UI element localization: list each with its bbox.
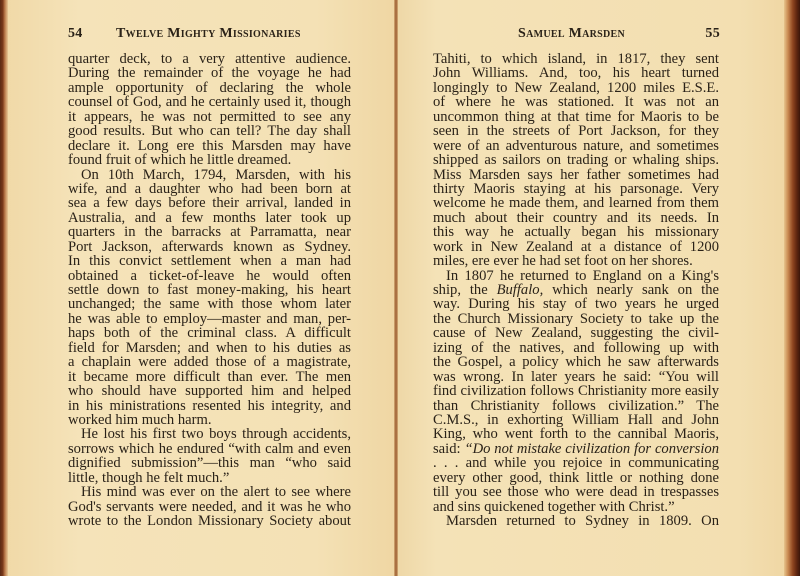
- text-line: way. During his stay of two years he urg…: [433, 297, 719, 311]
- text-line: little, though he felt much.”: [68, 471, 351, 485]
- text-line: wrote to the London Missionary Society a…: [68, 514, 351, 528]
- text-line: work in New Zealand at a distance of 120…: [433, 240, 719, 254]
- text-line: John Williams. And, too, his heart turne…: [433, 66, 719, 80]
- text-line: Tahiti, to which island, in 1817, they s…: [433, 52, 719, 66]
- text-line: found fruit of which he little dreamed.: [68, 153, 351, 167]
- text-line: much about their country and its needs. …: [433, 211, 719, 225]
- text-line: King, who went forth to the cannibal Mao…: [433, 427, 719, 441]
- text-line: it became more difficult than ever. The …: [68, 370, 351, 384]
- text-line: Port Jackson, afterwards known as Sydney…: [68, 240, 351, 254]
- text-line: in his ministrations resented his integr…: [68, 399, 351, 413]
- text-line: he was able to employ—master and man, pe…: [68, 312, 351, 326]
- text-line: sorrows which he endured “with calm and …: [68, 442, 351, 456]
- left-page-header: 54 Twelve Mighty Missionaries: [68, 26, 351, 44]
- text-line: of where he was stationed. It was not an: [433, 95, 719, 109]
- text-line: was wrong. In later years he said: “You …: [433, 370, 719, 384]
- book-cover-edge-left: [0, 0, 8, 576]
- text-line: settle down to fast money-making, his he…: [68, 283, 351, 297]
- text-line: cause of New Zealand, suggesting the civ…: [433, 326, 719, 340]
- text-line: His mind was ever on the alert to see wh…: [68, 485, 351, 499]
- text-line: said: “Do not mistake civilization for c…: [433, 442, 719, 456]
- book-gutter: [394, 0, 398, 576]
- text-line: till you see those who were dead in tres…: [433, 485, 719, 499]
- text-line: izing of the natives, and following up w…: [433, 341, 719, 355]
- text-line: In 1807 he returned to England on a King…: [433, 269, 719, 283]
- text-line: God's servants were needed, and it was h…: [68, 500, 351, 514]
- book-spread: 54 Twelve Mighty Missionaries quarter de…: [0, 0, 800, 576]
- text-line: a chaplain were added those of a magistr…: [68, 355, 351, 369]
- text-line: quarter deck, to a very attentive audien…: [68, 52, 351, 66]
- book-cover-edge-right: [784, 0, 800, 576]
- text-line: and sins quickened together with Christ.…: [433, 500, 719, 514]
- text-line: ample opportunity of declaring the whole: [68, 81, 351, 95]
- text-line: longingly to New Zealand, 1200 miles E.S…: [433, 81, 719, 95]
- right-page: Samuel Marsden 55 Tahiti, to which islan…: [396, 0, 800, 576]
- text-line: thirty Maoris staying at his parsonage. …: [433, 182, 719, 196]
- text-line: counsel of God, and he certainly used it…: [68, 95, 351, 109]
- text-line: On 10th March, 1794, Marsden, with his: [68, 168, 351, 182]
- text-line: every other good, think little or nothin…: [433, 471, 719, 485]
- text-line: who should have supported him and helped: [68, 384, 351, 398]
- text-line: good results. But who can tell? The day …: [68, 124, 351, 138]
- text-line: dignified submission”—this man “who said: [68, 456, 351, 470]
- text-line: the Gospel, a policy which he saw afterw…: [433, 355, 719, 369]
- text-line: find civilization follows Christianity m…: [433, 384, 719, 398]
- left-page-body: quarter deck, to a very attentive audien…: [68, 52, 351, 528]
- text-line: field for Marsden; and when to his dutie…: [68, 341, 351, 355]
- right-page-body: Tahiti, to which island, in 1817, they s…: [433, 52, 719, 528]
- text-line: . . . and while you rejoice in communica…: [433, 456, 719, 470]
- text-line: C.M.S., in exhorting William Hall and Jo…: [433, 413, 719, 427]
- text-line: uncommon thing at that time for Maoris t…: [433, 110, 719, 124]
- text-line: unchanged; the same with those whom late…: [68, 297, 351, 311]
- page-number: 54: [68, 26, 83, 42]
- text-line: it appears, he was not permitted to see …: [68, 110, 351, 124]
- left-page: 54 Twelve Mighty Missionaries quarter de…: [0, 0, 396, 576]
- text-line: welcome he made them, and learned from t…: [433, 196, 719, 210]
- running-title: Twelve Mighty Missionaries: [116, 26, 301, 42]
- text-line: Marsden returned to Sydney in 1809. On: [433, 514, 719, 528]
- text-line: haps both of the criminal class. A diffi…: [68, 326, 351, 340]
- text-line: worked him much harm.: [68, 413, 351, 427]
- text-line: Australia, and a few months later took u…: [68, 211, 351, 225]
- text-line: sea a few days before their arrival, lan…: [68, 196, 351, 210]
- text-line: quarters in the barracks at Parramatta, …: [68, 225, 351, 239]
- text-line: obtained a ticket-of-leave he would ofte…: [68, 269, 351, 283]
- text-line: the Church Missionary Society to take up…: [433, 312, 719, 326]
- text-line: seen in the streets of Port Jackson, for…: [433, 124, 719, 138]
- text-line: wife, and a daughter who had been born a…: [68, 182, 351, 196]
- text-line: this way he actually began his missionar…: [433, 225, 719, 239]
- text-line: During the remainder of the voyage he ha…: [68, 66, 351, 80]
- text-line: shipped as sailors on trading or whaling…: [433, 153, 719, 167]
- text-line: miles, ere ever he had set foot on her s…: [433, 254, 719, 268]
- text-line: were of an adventurous nature, and somet…: [433, 139, 719, 153]
- text-line: Miss Marsden says her father sometimes h…: [433, 168, 719, 182]
- right-page-header: Samuel Marsden 55: [437, 26, 720, 44]
- running-title: Samuel Marsden: [518, 26, 625, 42]
- page-number: 55: [705, 26, 720, 42]
- text-line: ship, the Buffalo, which nearly sank on …: [433, 283, 719, 297]
- text-line: declare it. Long ere this Marsden may ha…: [68, 139, 351, 153]
- text-line: than Christianity follows civilization.”…: [433, 399, 719, 413]
- text-line: He lost his first two boys through accid…: [68, 427, 351, 441]
- text-line: In this convict settlement when a man ha…: [68, 254, 351, 268]
